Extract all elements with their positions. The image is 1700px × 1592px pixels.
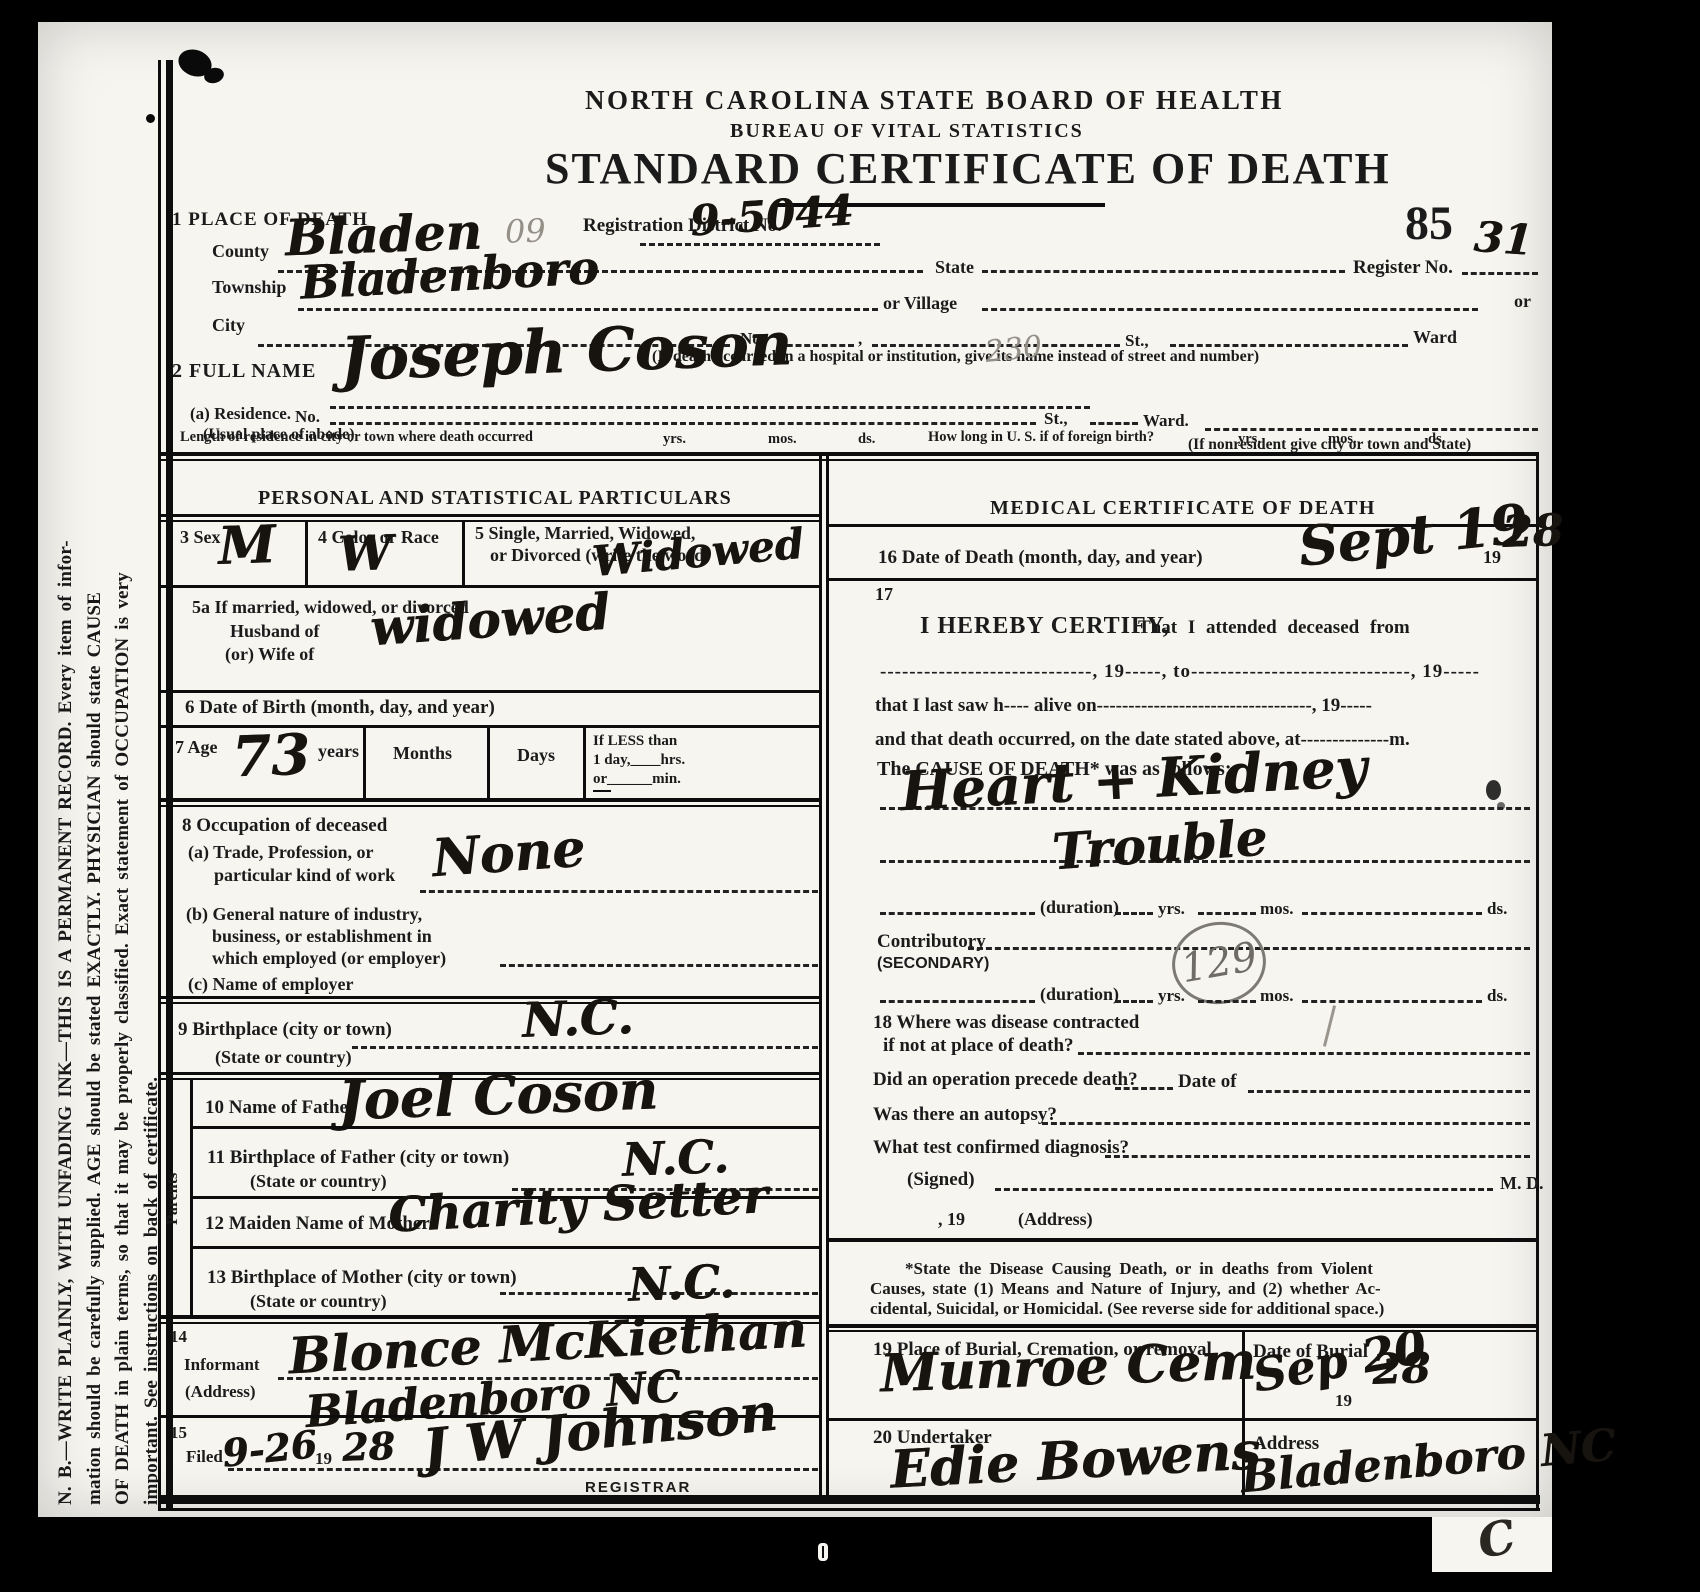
cell-divider (305, 522, 308, 585)
comma-mark: , (858, 330, 862, 349)
full-name-value: Joseph Coson (339, 314, 793, 390)
date-of-death-year: 28 (1501, 509, 1564, 555)
marital-detail-label2: Husband of (230, 622, 320, 642)
attended-blank-line: -----------------------------, 19-----, … (880, 662, 1480, 683)
rule (158, 585, 822, 588)
registration-district-line (640, 241, 880, 246)
full-name-pencil: 230 (984, 332, 1044, 368)
length-ds-label: ds. (858, 432, 875, 448)
registration-district-value: 9-5044 (689, 189, 855, 242)
informant-address-label: (Address) (185, 1383, 256, 1402)
duration-dash (1198, 910, 1256, 915)
signed-address-label: (Address) (1018, 1210, 1093, 1230)
ward-label: Ward (1413, 328, 1457, 348)
form-left-border (158, 60, 161, 1508)
months-label: Months (393, 744, 452, 764)
burial-value: Munroe Cem (879, 1335, 1257, 1400)
rule (829, 1324, 1539, 1328)
rule (829, 578, 1539, 581)
age-label: 7 Age (175, 738, 218, 758)
ink-blot (1486, 780, 1501, 800)
md-label: M. D. (1500, 1174, 1544, 1194)
cause-value-line2: Trouble (1051, 813, 1269, 878)
length-mos-label: mos. (768, 432, 797, 448)
father-value: Joel Coson (337, 1062, 659, 1127)
rule (158, 690, 822, 693)
operation-line (1115, 1085, 1173, 1090)
duration-dash (1198, 998, 1256, 1003)
scanned-death-certificate: N. B.—WRITE PLAINLY, WITH UNFADING INK—T… (0, 0, 1700, 1592)
foreign-yrs-label: yrs. (1238, 432, 1261, 448)
rule (829, 1418, 1539, 1421)
state-line (982, 268, 1345, 273)
mother-birthplace-sub: (State or country) (250, 1292, 387, 1312)
rule (829, 1330, 1539, 1332)
or-trailing-label: or (1514, 292, 1531, 312)
duration-ds1: ds. (1487, 900, 1507, 919)
q18-line (1078, 1050, 1530, 1055)
less-than-note: If LESS than (593, 733, 677, 750)
full-name-line (330, 404, 1090, 409)
sex-value: M (217, 519, 276, 573)
duration-line2 (880, 998, 1035, 1003)
personal-title: PERSONAL AND STATISTICAL PARTICULARS (258, 487, 732, 509)
birthplace-value: N.C. (521, 993, 634, 1045)
duration-dash (1302, 998, 1482, 1003)
certify-rest: That I attended deceased from (1138, 618, 1410, 639)
residence-line2 (1090, 420, 1138, 425)
or-village-label: or Village (883, 294, 957, 314)
footnote-line3: cidental, Suicidal, or Homicidal. (See r… (870, 1300, 1384, 1319)
footnote-line2: Causes, state (1) Means and Nature of In… (870, 1280, 1381, 1299)
duration-label2: (duration) (1040, 985, 1119, 1005)
autopsy-line (1042, 1120, 1530, 1125)
operation-date-line (1248, 1088, 1530, 1093)
registrar-label: REGISTRAR (585, 1480, 691, 1497)
signed-19-label: , 19 (938, 1210, 965, 1230)
certify-bold: I HEREBY CERTIFY, (920, 613, 1170, 639)
margin-instructions: N. B.—WRITE PLAINLY, WITH UNFADING INK—T… (52, 45, 166, 1505)
filed-19-label: 19 (315, 1450, 332, 1469)
cell-divider (487, 728, 490, 798)
informant-label: Informant (184, 1356, 260, 1375)
parents-label: Parents (164, 1164, 182, 1234)
less-than-note2: 1 day,____hrs. (593, 752, 685, 769)
column-divider (819, 452, 822, 1502)
foreign-mos-label: mos. (1328, 432, 1357, 448)
occupation-b-label2: business, or establishment in (212, 927, 432, 947)
margin-line: N. B.—WRITE PLAINLY, WITH UNFADING INK—T… (52, 45, 81, 1505)
filed-date-value: 9-26 (220, 1425, 319, 1473)
foreign-ds-label: ds (1428, 432, 1442, 448)
township-line (298, 306, 878, 311)
residence-no-label: No. (295, 408, 320, 427)
occupation-a-value: None (430, 823, 586, 886)
birthplace-sub-label: (State or country) (215, 1048, 352, 1068)
q18-label2: if not at place of death? (883, 1036, 1074, 1057)
rule (158, 798, 822, 802)
duration-label1: (duration) (1040, 898, 1119, 918)
operation-date-label: Date of (1178, 1072, 1237, 1093)
township-label: Township (212, 278, 286, 298)
burial-19-label: 19 (1335, 1392, 1352, 1411)
filed-label: Filed (186, 1448, 223, 1467)
duration-line1 (880, 910, 1035, 915)
age-years-label: years (318, 742, 359, 762)
rule (158, 1002, 822, 1004)
marital-detail-label3: (or) Wife of (225, 645, 314, 665)
dob-label: 6 Date of Birth (month, day, and year) (185, 698, 495, 719)
occupation-b-label: (b) General nature of industry, (186, 905, 422, 925)
last-saw-line: that I last saw h---- alive on----------… (875, 696, 1372, 717)
residence-ward-label: Ward. (1143, 412, 1189, 431)
test-line (1105, 1153, 1530, 1158)
duration-dash (1115, 998, 1153, 1003)
date-of-death-19: 19 (1483, 548, 1501, 568)
occupation-label: 8 Occupation of deceased (182, 816, 387, 837)
rule (829, 1238, 1539, 1242)
autopsy-question: Was there an autopsy? (873, 1105, 1057, 1126)
occupation-b-line (500, 962, 818, 967)
occupation-a-label2: particular kind of work (214, 866, 395, 886)
residence-label: (a) Residence. (190, 405, 291, 424)
age-value: 73 (231, 727, 311, 786)
form-left-border (166, 60, 173, 1508)
form-bottom-border (158, 1495, 1540, 1504)
section-divider (158, 459, 1539, 461)
birthplace-label: 9 Birthplace (city or town) (178, 1020, 392, 1041)
father-label: 10 Name of Father (205, 1098, 356, 1119)
city-label: City (212, 316, 245, 336)
item-17: 17 (875, 585, 893, 605)
cell-divider (462, 522, 465, 585)
bureau-title: BUREAU OF VITAL STATISTICS (730, 120, 1084, 142)
occupation-b-label3: which employed (or employer) (212, 949, 446, 969)
test-question: What test confirmed diagnosis? (873, 1138, 1129, 1159)
filed-year-value: 28 (341, 1427, 395, 1467)
length-yrs-label: yrs. (663, 432, 686, 448)
duration-dash (1115, 910, 1153, 915)
duration-yrs1: yrs. (1158, 900, 1185, 919)
stat-code-value: 129 (1178, 937, 1260, 990)
state-label: State (935, 258, 974, 278)
form-bottom-border (158, 1508, 1540, 1511)
county-label: County (212, 242, 269, 262)
margin-line: OF DEATH in plain terms, so that it may … (109, 45, 138, 1505)
certificate-title: STANDARD CERTIFICATE OF DEATH (545, 145, 1391, 193)
operation-question: Did an operation precede death? (873, 1070, 1138, 1091)
rule (158, 805, 822, 807)
q18-label: 18 Where was disease contracted (873, 1013, 1139, 1034)
occupation-a-line (420, 888, 818, 893)
secondary-label: (SECONDARY) (877, 955, 989, 973)
duration-ds2: ds. (1487, 987, 1507, 1006)
filed-number: 15 (170, 1424, 187, 1443)
form-number: 85 (1405, 198, 1453, 251)
footnote-line1: *State the Disease Causing Death, or in … (905, 1260, 1373, 1279)
signed-label: (Signed) (907, 1170, 975, 1191)
occupation-c-label: (c) Name of employer (188, 975, 353, 995)
residence-line (330, 420, 1036, 425)
father-birthplace-label: 11 Birthplace of Father (city or town) (207, 1148, 509, 1169)
occupation-a-label: (a) Trade, Profession, or (188, 843, 373, 863)
burial-year-value: 28 (1371, 1347, 1431, 1391)
mother-birthplace-label: 13 Birthplace of Mother (city or town) (207, 1268, 517, 1289)
length-residence-label: Length of residence in city or town wher… (180, 430, 533, 446)
margin-line: mation should be carefully supplied. AGE… (81, 45, 110, 1505)
days-label: Days (517, 746, 555, 766)
full-name-label: 2 FULL NAME (172, 360, 316, 382)
rule (190, 1246, 822, 1249)
less-than-note3: or______min. (593, 771, 681, 788)
duration-mos1: mos. (1260, 900, 1294, 919)
cell-divider (363, 728, 366, 798)
duration-dash (1302, 910, 1482, 915)
residence-st-label: St., (1044, 410, 1068, 429)
signed-line (995, 1186, 1493, 1191)
register-no-label: Register No. (1353, 258, 1453, 279)
sex-label: 3 Sex (180, 528, 221, 548)
street-line2 (1170, 342, 1408, 347)
cell-divider (583, 728, 586, 798)
underline (593, 790, 611, 792)
register-no-value: 31 (1473, 216, 1534, 262)
father-birthplace-sub: (State or country) (250, 1172, 387, 1192)
column-divider (826, 452, 829, 1502)
rule (158, 996, 822, 999)
village-line (982, 306, 1478, 311)
scan-speck-mark (822, 1546, 824, 1558)
form-right-border (1536, 452, 1539, 1508)
informant-number: 14 (170, 1328, 187, 1347)
mother-birthplace-value: N.C. (627, 1258, 735, 1308)
section-divider (158, 452, 1539, 456)
margin-line: important. See instructions on back of c… (138, 45, 167, 1505)
board-title: NORTH CAROLINA STATE BOARD OF HEALTH (585, 86, 1284, 116)
date-of-death-label: 16 Date of Death (month, day, and year) (878, 548, 1203, 569)
register-no-line (1462, 270, 1538, 275)
duration-mos2: mos. (1260, 987, 1294, 1006)
race-value: W (337, 529, 393, 579)
duration-yrs2: yrs. (1158, 987, 1185, 1006)
foreign-birth-label: How long in U. S. if of foreign birth? (928, 430, 1154, 446)
